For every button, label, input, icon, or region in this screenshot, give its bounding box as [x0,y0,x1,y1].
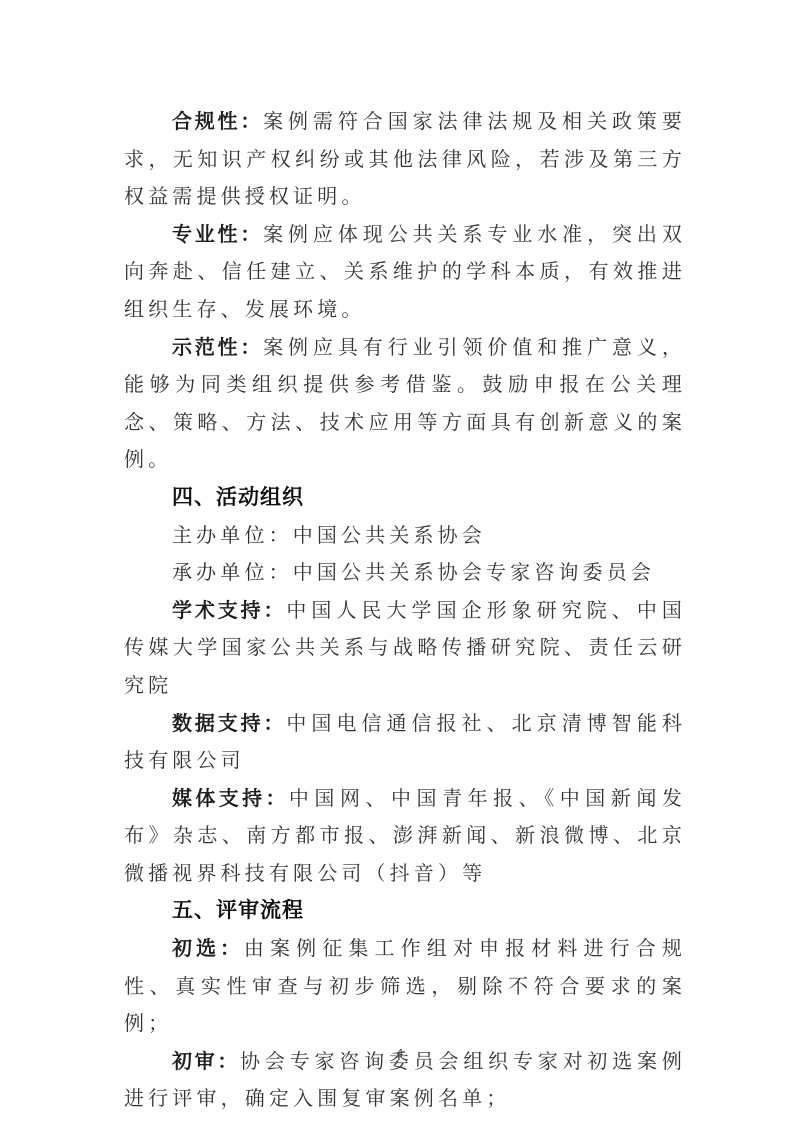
item-label: 学术支持： [172,598,286,622]
document-page: 合规性：案例需符合国家法律法规及相关政策要求，无知识产权纠纷或其他法律风险，若涉… [0,0,800,1131]
criterion-label: 专业性： [172,222,263,246]
item-label: 承办单位： [172,560,293,584]
document-body: 合规性：案例需符合国家法律法规及相关政策要求，无知识产权纠纷或其他法律风险，若涉… [124,103,686,1118]
section-heading-review-process: 五、评审流程 [124,892,686,930]
section-heading-organization: 四、活动组织 [124,479,686,517]
media-support: 媒体支持：中国网、中国青年报、《中国新闻发布》杂志、南方都市报、澎湃新闻、新浪微… [124,780,686,893]
review-preliminary-selection: 初选：由案例征集工作组对申报材料进行合规性、真实性审查与初步筛选，剔除不符合要求… [124,930,686,1043]
item-text: 中国公共关系协会 [293,523,486,547]
item-text: 中国公共关系协会专家咨询委员会 [293,560,655,584]
criterion-professionalism: 专业性：案例应体现公共关系专业水准，突出双向奔赴、信任建立、关系维护的学科本质，… [124,216,686,329]
item-label: 数据支持： [172,711,286,735]
item-label: 初选： [172,936,244,960]
criterion-label: 示范性： [172,335,263,359]
item-label: 媒体支持： [172,786,289,810]
data-support: 数据支持：中国电信通信报社、北京清博智能科技有限公司 [124,705,686,780]
criterion-compliance: 合规性：案例需符合国家法律法规及相关政策要求，无知识产权纠纷或其他法律风险，若涉… [124,103,686,216]
item-label: 主办单位： [172,523,293,547]
organizer-host: 主办单位：中国公共关系协会 [124,517,686,555]
academic-support: 学术支持：中国人民大学国企形象研究院、中国传媒大学国家公共关系与战略传播研究院、… [124,592,686,705]
criterion-label: 合规性： [172,109,263,133]
criterion-exemplary: 示范性：案例应具有行业引领价值和推广意义，能够为同类组织提供参考借鉴。鼓励申报在… [124,329,686,479]
page-number: 4 [0,1047,800,1060]
organizer-undertaker: 承办单位：中国公共关系协会专家咨询委员会 [124,554,686,592]
